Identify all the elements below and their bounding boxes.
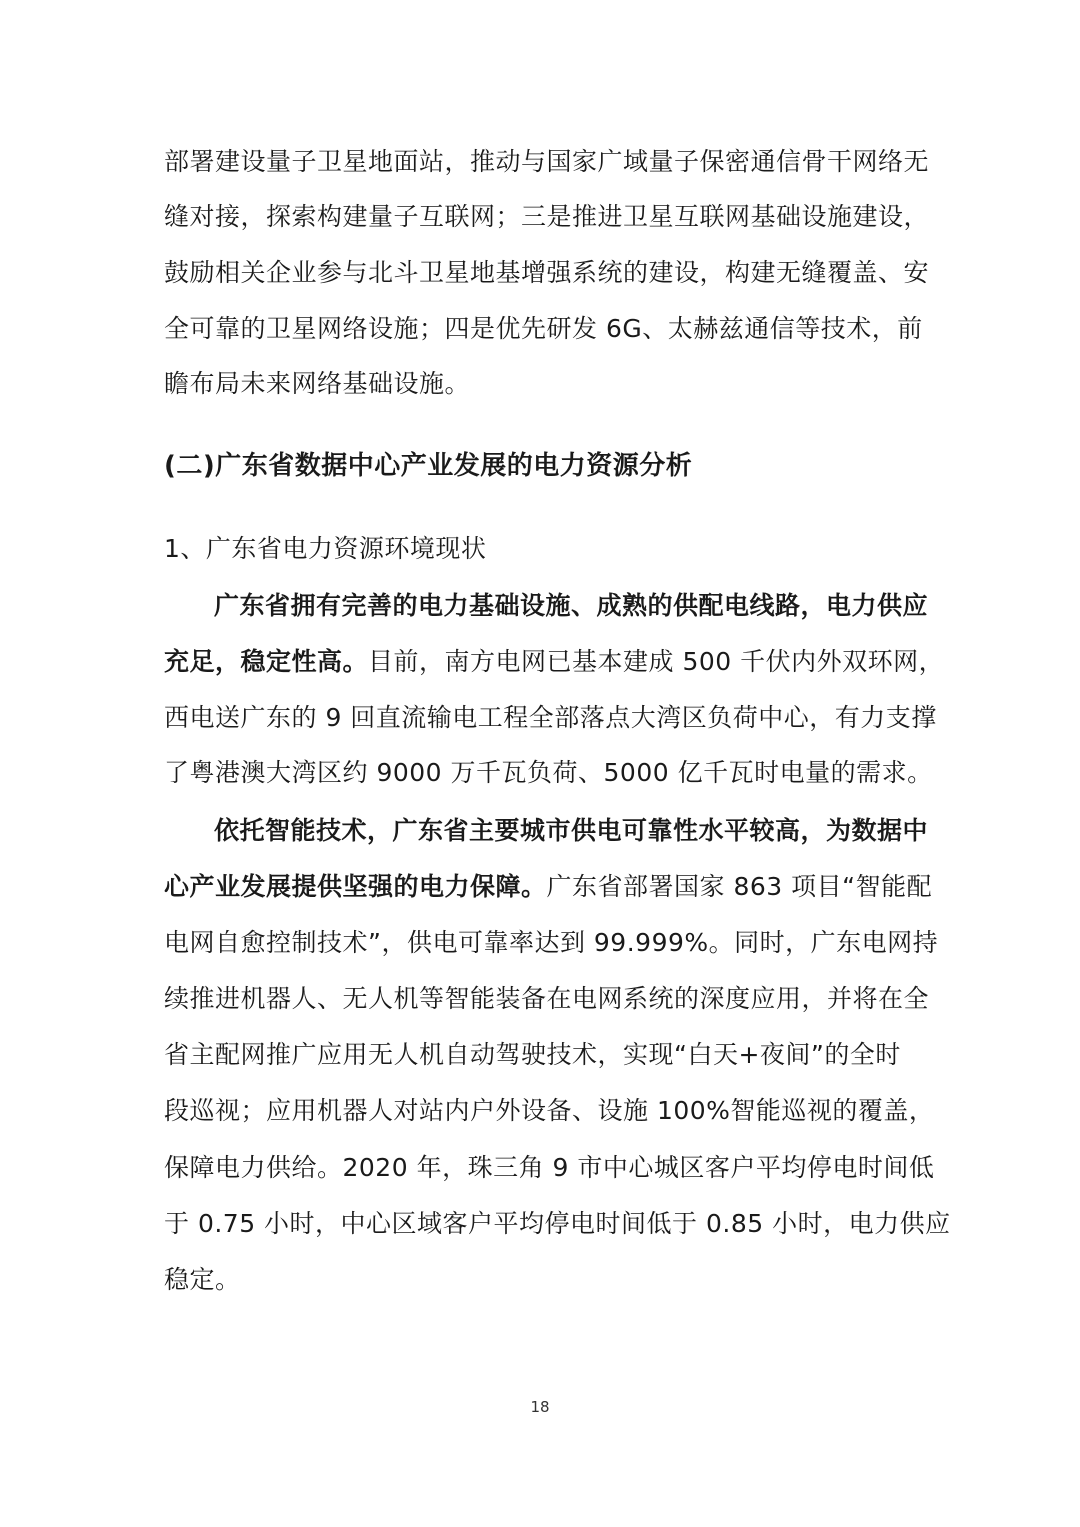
body-line: 了粤港澳大湾区约 9000 万千瓦负荷、5000 亿千瓦时电量的需求。: [164, 757, 933, 789]
body-line: 省主配网推广应用无人机自动驾驶技术，实现“白天+夜间”的全时: [164, 1039, 901, 1071]
body-line: 段巡视；应用机器人对站内户外设备、设施 100%智能巡视的覆盖，: [164, 1095, 934, 1127]
body-line: 全可靠的卫星网络设施；四是优先研发 6G、太赫兹通信等技术，前: [164, 313, 923, 345]
section-heading: (二)广东省数据中心产业发展的电力资源分析: [164, 450, 692, 482]
body-line: 保障电力供给。2020 年，珠三角 9 市中心城区客户平均停电时间低: [164, 1152, 934, 1184]
body-text: 广东省部署国家 863 项目“智能配: [547, 872, 933, 901]
paragraph-lead-bold: 心产业发展提供坚强的电力保障。: [164, 872, 547, 901]
paragraph-lead-bold: 广东省拥有完善的电力基础设施、成熟的供配电线路，电力供应: [214, 590, 928, 622]
body-line: 电网自愈控制技术”，供电可靠率达到 99.999%。同时，广东电网持: [164, 927, 938, 959]
body-line: 心产业发展提供坚强的电力保障。广东省部署国家 863 项目“智能配: [164, 871, 932, 903]
body-line: 稳定。: [164, 1264, 241, 1296]
body-line: 鼓励相关企业参与北斗卫星地基增强系统的建设，构建无缝覆盖、安: [164, 257, 929, 289]
body-line: 缝对接，探索构建量子互联网；三是推进卫星互联网基础设施建设，: [164, 201, 929, 233]
body-line: 瞻布局未来网络基础设施。: [164, 368, 470, 400]
paragraph-lead-bold: 充足，稳定性高。: [164, 647, 368, 676]
paragraph-lead-bold: 依托智能技术，广东省主要城市供电可靠性水平较高，为数据中: [214, 815, 928, 847]
subsection-heading: 1、广东省电力资源环境现状: [164, 533, 486, 565]
page-number: 18: [0, 1398, 1080, 1416]
body-line: 续推进机器人、无人机等智能装备在电网系统的深度应用，并将在全: [164, 983, 929, 1015]
body-line: 充足，稳定性高。目前，南方电网已基本建成 500 千伏内外双环网，: [164, 646, 944, 678]
body-text: 目前，南方电网已基本建成 500 千伏内外双环网，: [368, 647, 944, 676]
body-line: 部署建设量子卫星地面站，推动与国家广域量子保密通信骨干网络无: [164, 146, 929, 178]
body-line: 于 0.75 小时，中心区域客户平均停电时间低于 0.85 小时，电力供应: [164, 1208, 951, 1240]
body-line: 西电送广东的 9 回直流输电工程全部落点大湾区负荷中心，有力支撑: [164, 702, 937, 734]
